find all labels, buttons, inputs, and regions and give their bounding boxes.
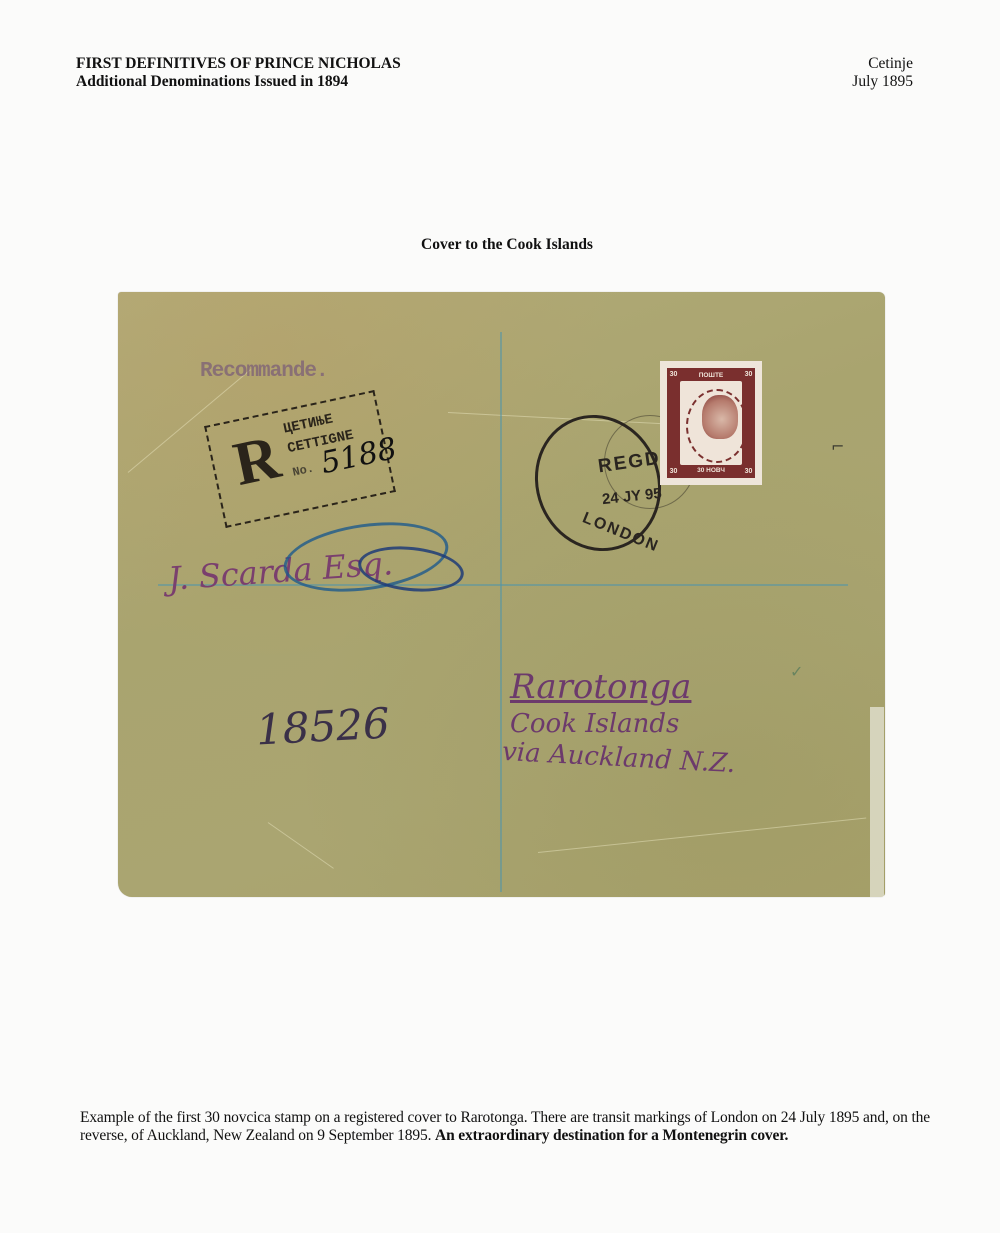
- registration-letter: R: [229, 426, 286, 496]
- address-line-1: Rarotonga: [510, 667, 735, 707]
- cover-envelope: Recommande. R ЦЕТИЊЕ CETTIGNE No. 5188 J…: [118, 292, 885, 897]
- date-label: July 1895: [852, 73, 913, 91]
- page-header: FIRST DEFINITIVES OF PRINCE NICHOLAS Add…: [76, 55, 401, 91]
- exhibit-title: FIRST DEFINITIVES OF PRINCE NICHOLAS: [76, 55, 401, 73]
- stamp-corner-value: 30: [742, 465, 755, 478]
- pencil-tick-mark: ⌐: [831, 437, 844, 456]
- stamp-corner-value: 30: [667, 465, 680, 478]
- recommande-handstamp: Recommande.: [200, 360, 328, 383]
- registration-label: R ЦЕТИЊЕ CETTIGNE No. 5188: [204, 390, 396, 528]
- stamp-vignette: [680, 381, 742, 465]
- section-title: Cover to the Cook Islands: [0, 236, 1000, 254]
- postage-stamp: ПОШТЕ 30 НОВЧ 30 30 30 30: [663, 364, 759, 482]
- caption-bold-text: An extraordinary destination for a Monte…: [435, 1127, 788, 1144]
- page-header-right: Cetinje July 1895: [852, 55, 913, 91]
- stamp-corner-value: 30: [667, 368, 680, 381]
- description-caption: Example of the first 30 novcica stamp on…: [80, 1109, 930, 1144]
- exhibit-subtitle: Additional Denominations Issued in 1894: [76, 73, 401, 91]
- registration-no-prefix: No.: [291, 461, 315, 479]
- address-block: Rarotonga Cook Islands via Auckland N.Z.: [510, 667, 735, 773]
- paper-crease: [538, 818, 866, 853]
- address-line-2: Cook Islands: [510, 709, 735, 739]
- check-mark-icon: ✓: [790, 662, 803, 681]
- paper-crease: [268, 822, 334, 869]
- place-label: Cetinje: [852, 55, 913, 73]
- stamp-frame: ПОШТЕ 30 НОВЧ 30 30 30 30: [667, 368, 755, 478]
- pencil-notation: 18526: [255, 699, 391, 755]
- crayon-line-vertical: [500, 332, 502, 892]
- stamp-corner-value: 30: [742, 368, 755, 381]
- address-line-3: via Auckland N.Z.: [501, 737, 736, 779]
- portrait-icon: [702, 395, 738, 439]
- mounting-tape: [870, 707, 884, 897]
